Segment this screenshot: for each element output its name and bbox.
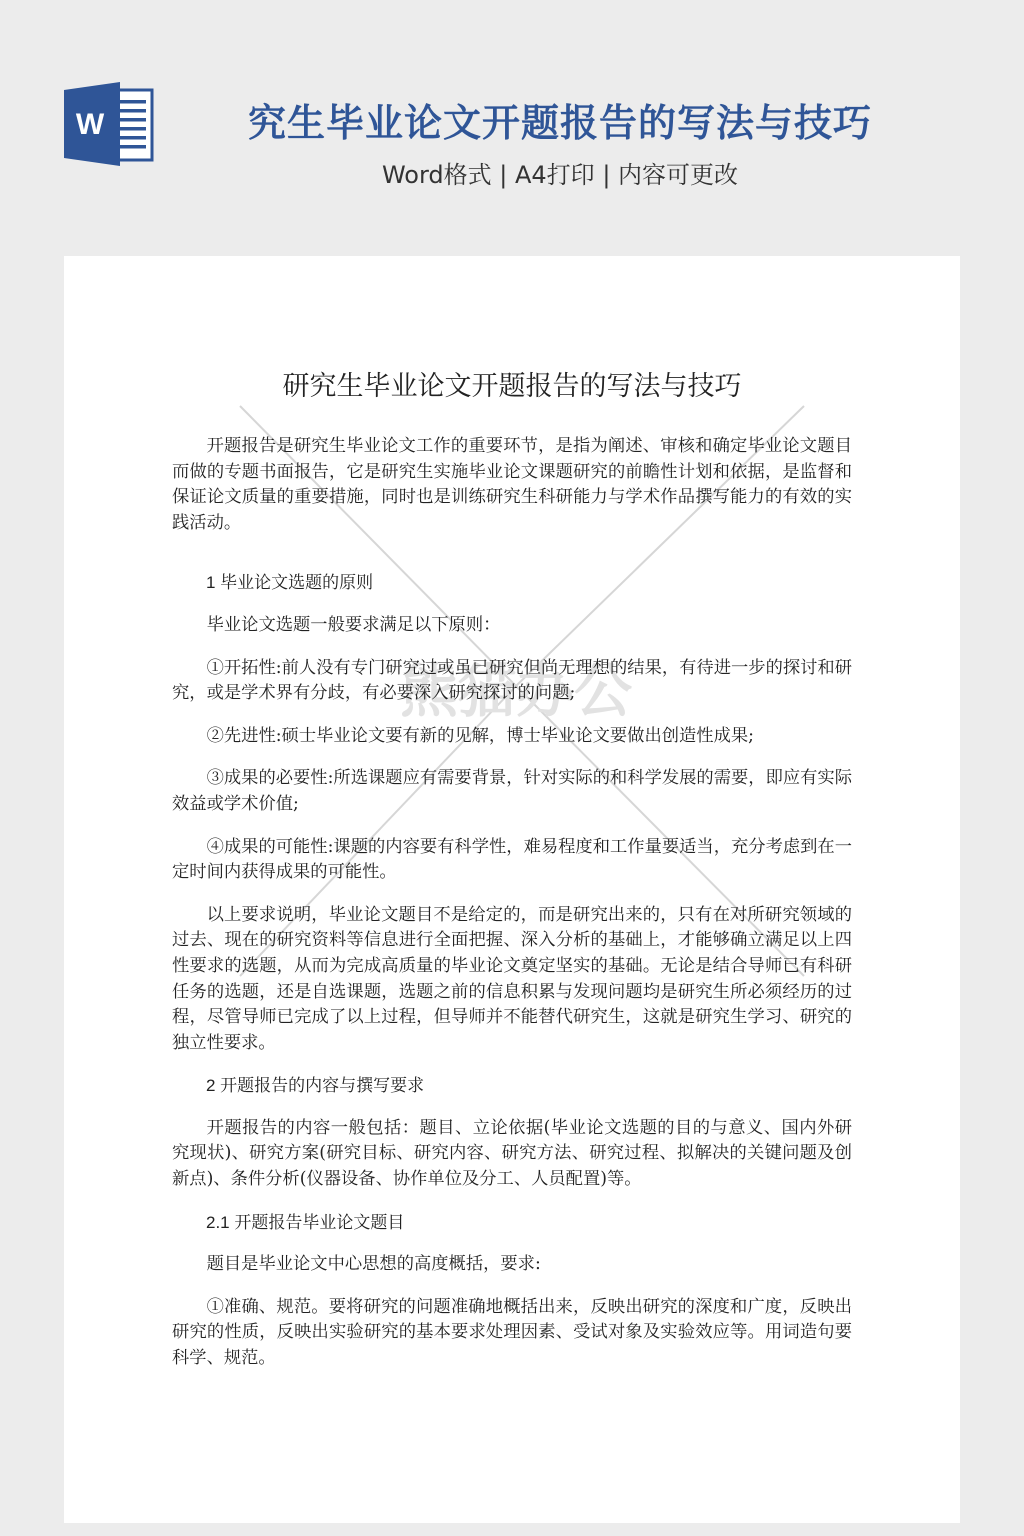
section-heading: 2 开题报告的内容与撰写要求 xyxy=(172,1073,852,1099)
section-heading: 1 毕业论文选题的原则 xyxy=(172,570,852,596)
list-item: ②先进性:硕士毕业论文要有新的见解，博士毕业论文要做出创造性成果; xyxy=(172,724,852,750)
document-title: 研究生毕业论文开题报告的写法与技巧 xyxy=(64,364,960,403)
svg-text:W: W xyxy=(76,108,105,141)
paragraph: 题目是毕业论文中心思想的高度概括，要求: xyxy=(172,1252,852,1278)
word-document-icon: W xyxy=(64,82,156,166)
intro-paragraph: 开题报告是研究生毕业论文工作的重要环节，是指为阐述、审核和确定毕业论文题目而做的… xyxy=(172,434,852,536)
document-page: 熊猫办公 研究生毕业论文开题报告的写法与技巧 开题报告是研究生毕业论文工作的重要… xyxy=(64,256,960,1523)
preview-banner: W 究生毕业论文开题报告的写法与技巧 Word格式 | A4打印 | 内容可更改 xyxy=(0,0,1024,256)
list-item: ①准确、规范。要将研究的问题准确地概括出来，反映出研究的深度和广度，反映出研究的… xyxy=(172,1295,852,1372)
paragraph: 毕业论文选题一般要求满足以下原则： xyxy=(172,613,852,639)
list-item: ④成果的可能性:课题的内容要有科学性，难易程度和工作量要适当，充分考虑到在一定时… xyxy=(172,835,852,886)
banner-title: 究生毕业论文开题报告的写法与技巧 xyxy=(200,92,920,147)
subsection-heading: 2.1 开题报告毕业论文题目 xyxy=(172,1210,852,1236)
document-body: 开题报告是研究生毕业论文工作的重要环节，是指为阐述、审核和确定毕业论文题目而做的… xyxy=(172,434,852,1372)
paragraph: 开题报告的内容一般包括：题目、立论依据(毕业论文选题的目的与意义、国内外研究现状… xyxy=(172,1116,852,1193)
list-item: ③成果的必要性:所选课题应有需要背景，针对实际的和科学发展的需要，即应有实际效益… xyxy=(172,766,852,817)
paragraph: 以上要求说明，毕业论文题目不是给定的，而是研究出来的，只有在对所研究领域的过去、… xyxy=(172,903,852,1057)
list-item: ①开拓性:前人没有专门研究过或虽已研究但尚无理想的结果，有待进一步的探讨和研究，… xyxy=(172,656,852,707)
banner-subtitle: Word格式 | A4打印 | 内容可更改 xyxy=(200,155,920,190)
